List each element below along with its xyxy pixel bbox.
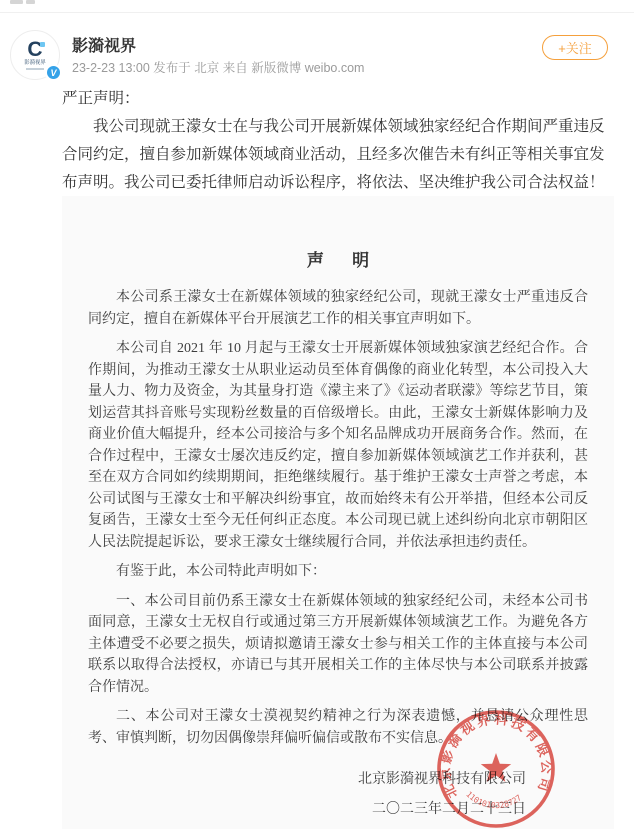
post-heading: 严正声明：: [62, 85, 619, 113]
signature-block: 北京影漪视界科技有限公司 二〇二三年二月二十三日: [88, 765, 588, 825]
post-body: 我公司现就王濛女士在与我公司开展新媒体领域独家经纪合作期间严重违反合同约定，擅自…: [62, 113, 619, 197]
signature-date: 二〇二三年二月二十三日: [88, 795, 526, 825]
signature-company: 北京影漪视界科技有限公司: [88, 765, 526, 795]
statement-paragraph: 有鉴于此，本公司特此声明如下：: [88, 561, 588, 583]
avatar-brand-text: 影漪视界: [24, 60, 46, 66]
verified-badge-icon: V: [45, 64, 62, 81]
account-name[interactable]: 影漪视界: [72, 33, 136, 56]
statement-paragraph: 本公司自 2021 年 10 月起与王濛女士开展新媒体领域独家演艺经纪合作。合作…: [88, 338, 588, 553]
post-text: 严正声明： 我公司现就王濛女士在与我公司开展新媒体领域独家经纪合作期间严重违反合…: [62, 85, 619, 197]
statement-paragraph: 二、本公司对王濛女士漠视契约精神之行为深表遗憾，并恳请公众理性思考、审慎判断，切…: [88, 706, 588, 749]
statement-paragraph: 一、本公司目前仍系王濛女士在新媒体领域的独家经纪公司，未经本公司书面同意，王濛女…: [88, 591, 588, 699]
statement-paragraph: 本公司系王濛女士在新媒体领域的独家经纪公司，现就王濛女士严重违反合同约定，擅自在…: [88, 287, 588, 330]
clipped-text-fragment: [26, 0, 35, 4]
clipped-text-fragment: [10, 0, 23, 4]
avatar-brand-subtext: [26, 68, 44, 70]
statement-document: 声 明 本公司系王濛女士在新媒体领域的独家经纪公司，现就王濛女士严重违反合同约定…: [62, 196, 614, 825]
weibo-post-screen: C 影漪视界 V 影漪视界 23-2-23 13:00 发布于 北京 来自 新版…: [0, 0, 634, 829]
statement-title: 声 明: [88, 246, 588, 271]
statement-image[interactable]: 声 明 本公司系王濛女士在新媒体领域的独家经纪公司，现就王濛女士严重违反合同约定…: [62, 196, 614, 829]
top-clipped-strip: [0, 0, 634, 13]
follow-button[interactable]: +关注: [542, 35, 608, 60]
post-meta-timestamp: 23-2-23 13:00 发布于 北京 来自 新版微博 weibo.com: [72, 58, 364, 76]
avatar-logo-icon: C: [27, 40, 42, 60]
